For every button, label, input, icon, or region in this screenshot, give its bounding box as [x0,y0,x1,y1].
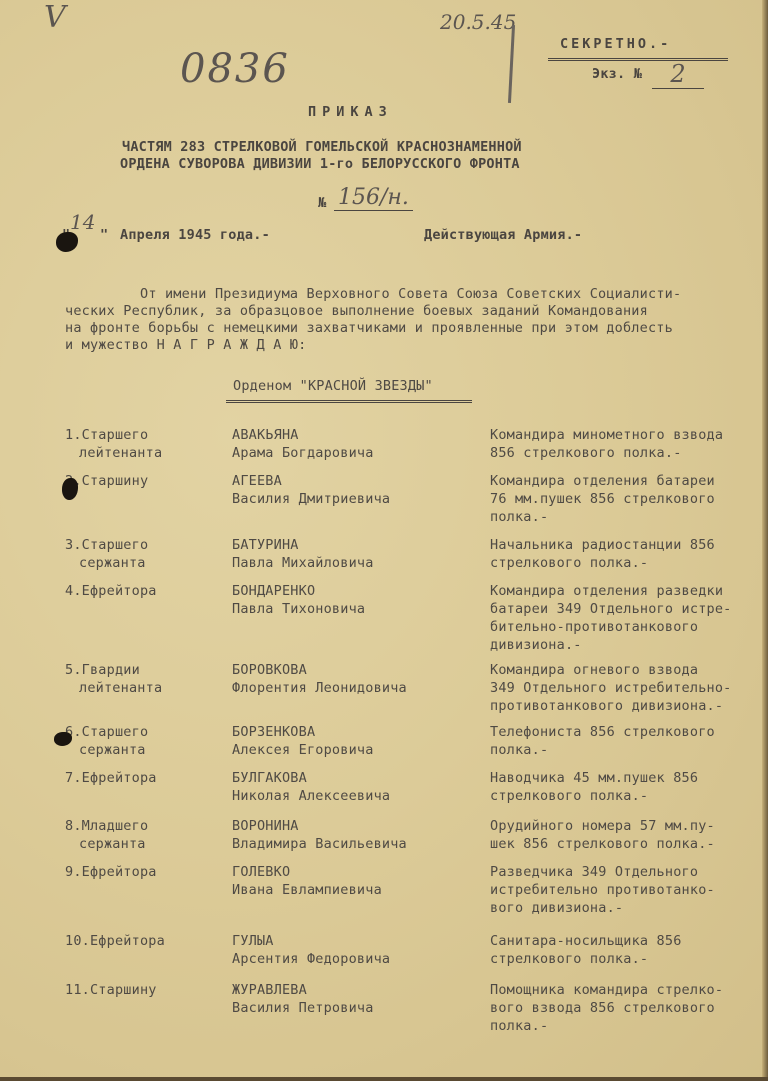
punch-hole [62,478,78,500]
preamble-line-3: на фронте борьбы с немецкими захватчикам… [65,320,673,336]
paper-edge [762,0,768,1081]
copy-label: Экз. № [592,66,642,82]
document-page: V 20.5.45 0836 СЕКРЕТНО.- Экз. № 2 ПРИКА… [0,0,768,1081]
preamble-line-1: От имени Президиума Верховного Совета Со… [140,286,681,302]
copy-number: 2 [652,60,704,89]
preamble-line-2: ческих Республик, за образцовое выполнен… [65,303,648,319]
punch-hole [56,232,78,252]
order-number-label: № [318,195,326,211]
order-number: 156/н. [334,185,413,211]
paper-edge-bottom [0,1077,768,1081]
date-text: Апреля 1945 года.- [120,227,270,243]
preamble-line-4: и мужество Н А Г Р А Ж Д А Ю: [65,337,307,353]
unit-line-2: ОРДЕНА СУВОРОВА ДИВИЗИИ 1-го БЕЛОРУССКОГ… [120,156,520,172]
handwritten-bracket [508,25,515,103]
award-heading: Орденом "КРАСНОЙ ЗВЕЗДЫ" [233,378,433,394]
archive-number: 0836 [180,46,290,92]
handwritten-date-note: 20.5.45 [440,10,516,34]
order-title: ПРИКАЗ [308,104,393,120]
check-mark: V [44,0,66,35]
classification-stamp: СЕКРЕТНО.- [560,36,671,52]
unit-line-1: ЧАСТЯМ 283 СТРЕЛКОВОЙ ГОМЕЛЬСКОЙ КРАСНОЗ… [122,139,522,155]
award-heading-underline [226,400,472,403]
date-day: 14 [70,210,95,234]
location: Действующая Армия.- [424,227,582,243]
